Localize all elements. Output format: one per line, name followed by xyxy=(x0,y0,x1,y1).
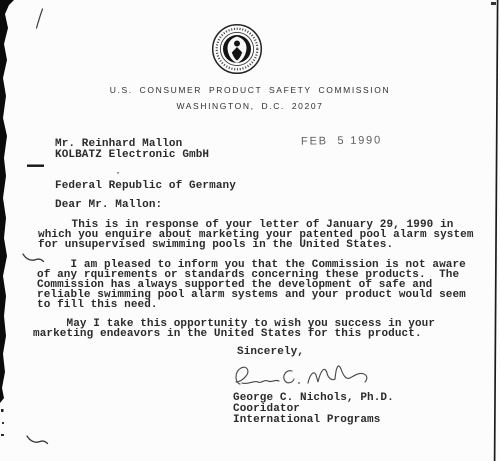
scanned-letter-page: U.S. CONSUMER PRODUCT SAFETY COMMISSION … xyxy=(0,0,500,461)
handwritten-slash-mark xyxy=(37,9,43,28)
body-paragraph-2: I am pleased to inform you that the Comm… xyxy=(37,260,466,310)
left-scan-speck xyxy=(2,422,4,424)
right-scan-edge xyxy=(495,0,498,461)
salutation: Dear Mr. Mallon: xyxy=(55,200,162,210)
handwritten-check-mark-2 xyxy=(27,436,48,444)
body-paragraph-3: May I take this opportunity to wish you … xyxy=(33,319,435,339)
recipient-name: Mr. Reinhard Mallon xyxy=(55,139,182,149)
left-scan-speck xyxy=(1,409,4,412)
left-scan-speck xyxy=(1,434,4,436)
signer-name: George C. Nichols, Ph.D. xyxy=(233,393,394,403)
paper-speck xyxy=(117,172,119,174)
agency-location: WASHINGTON, D.C. 20207 xyxy=(0,101,500,111)
signer-title: Cooridator xyxy=(233,404,300,414)
redaction-line xyxy=(27,165,44,167)
signer-department: International Programs xyxy=(233,415,380,425)
right-corner-speck xyxy=(491,2,496,5)
agency-name: U.S. CONSUMER PRODUCT SAFETY COMMISSION xyxy=(0,85,500,95)
recipient-company: KOLBATZ Electronic GmbH xyxy=(55,150,209,160)
body-paragraph-1: This is in response of your letter of Ja… xyxy=(38,220,474,250)
cpsc-seal-icon xyxy=(211,22,263,76)
handwritten-signature-icon xyxy=(228,356,378,392)
date-stamp: FEB 5 1990 xyxy=(301,134,382,147)
left-scan-edge xyxy=(0,0,14,403)
recipient-country: Federal Republic of Germany xyxy=(55,181,236,191)
